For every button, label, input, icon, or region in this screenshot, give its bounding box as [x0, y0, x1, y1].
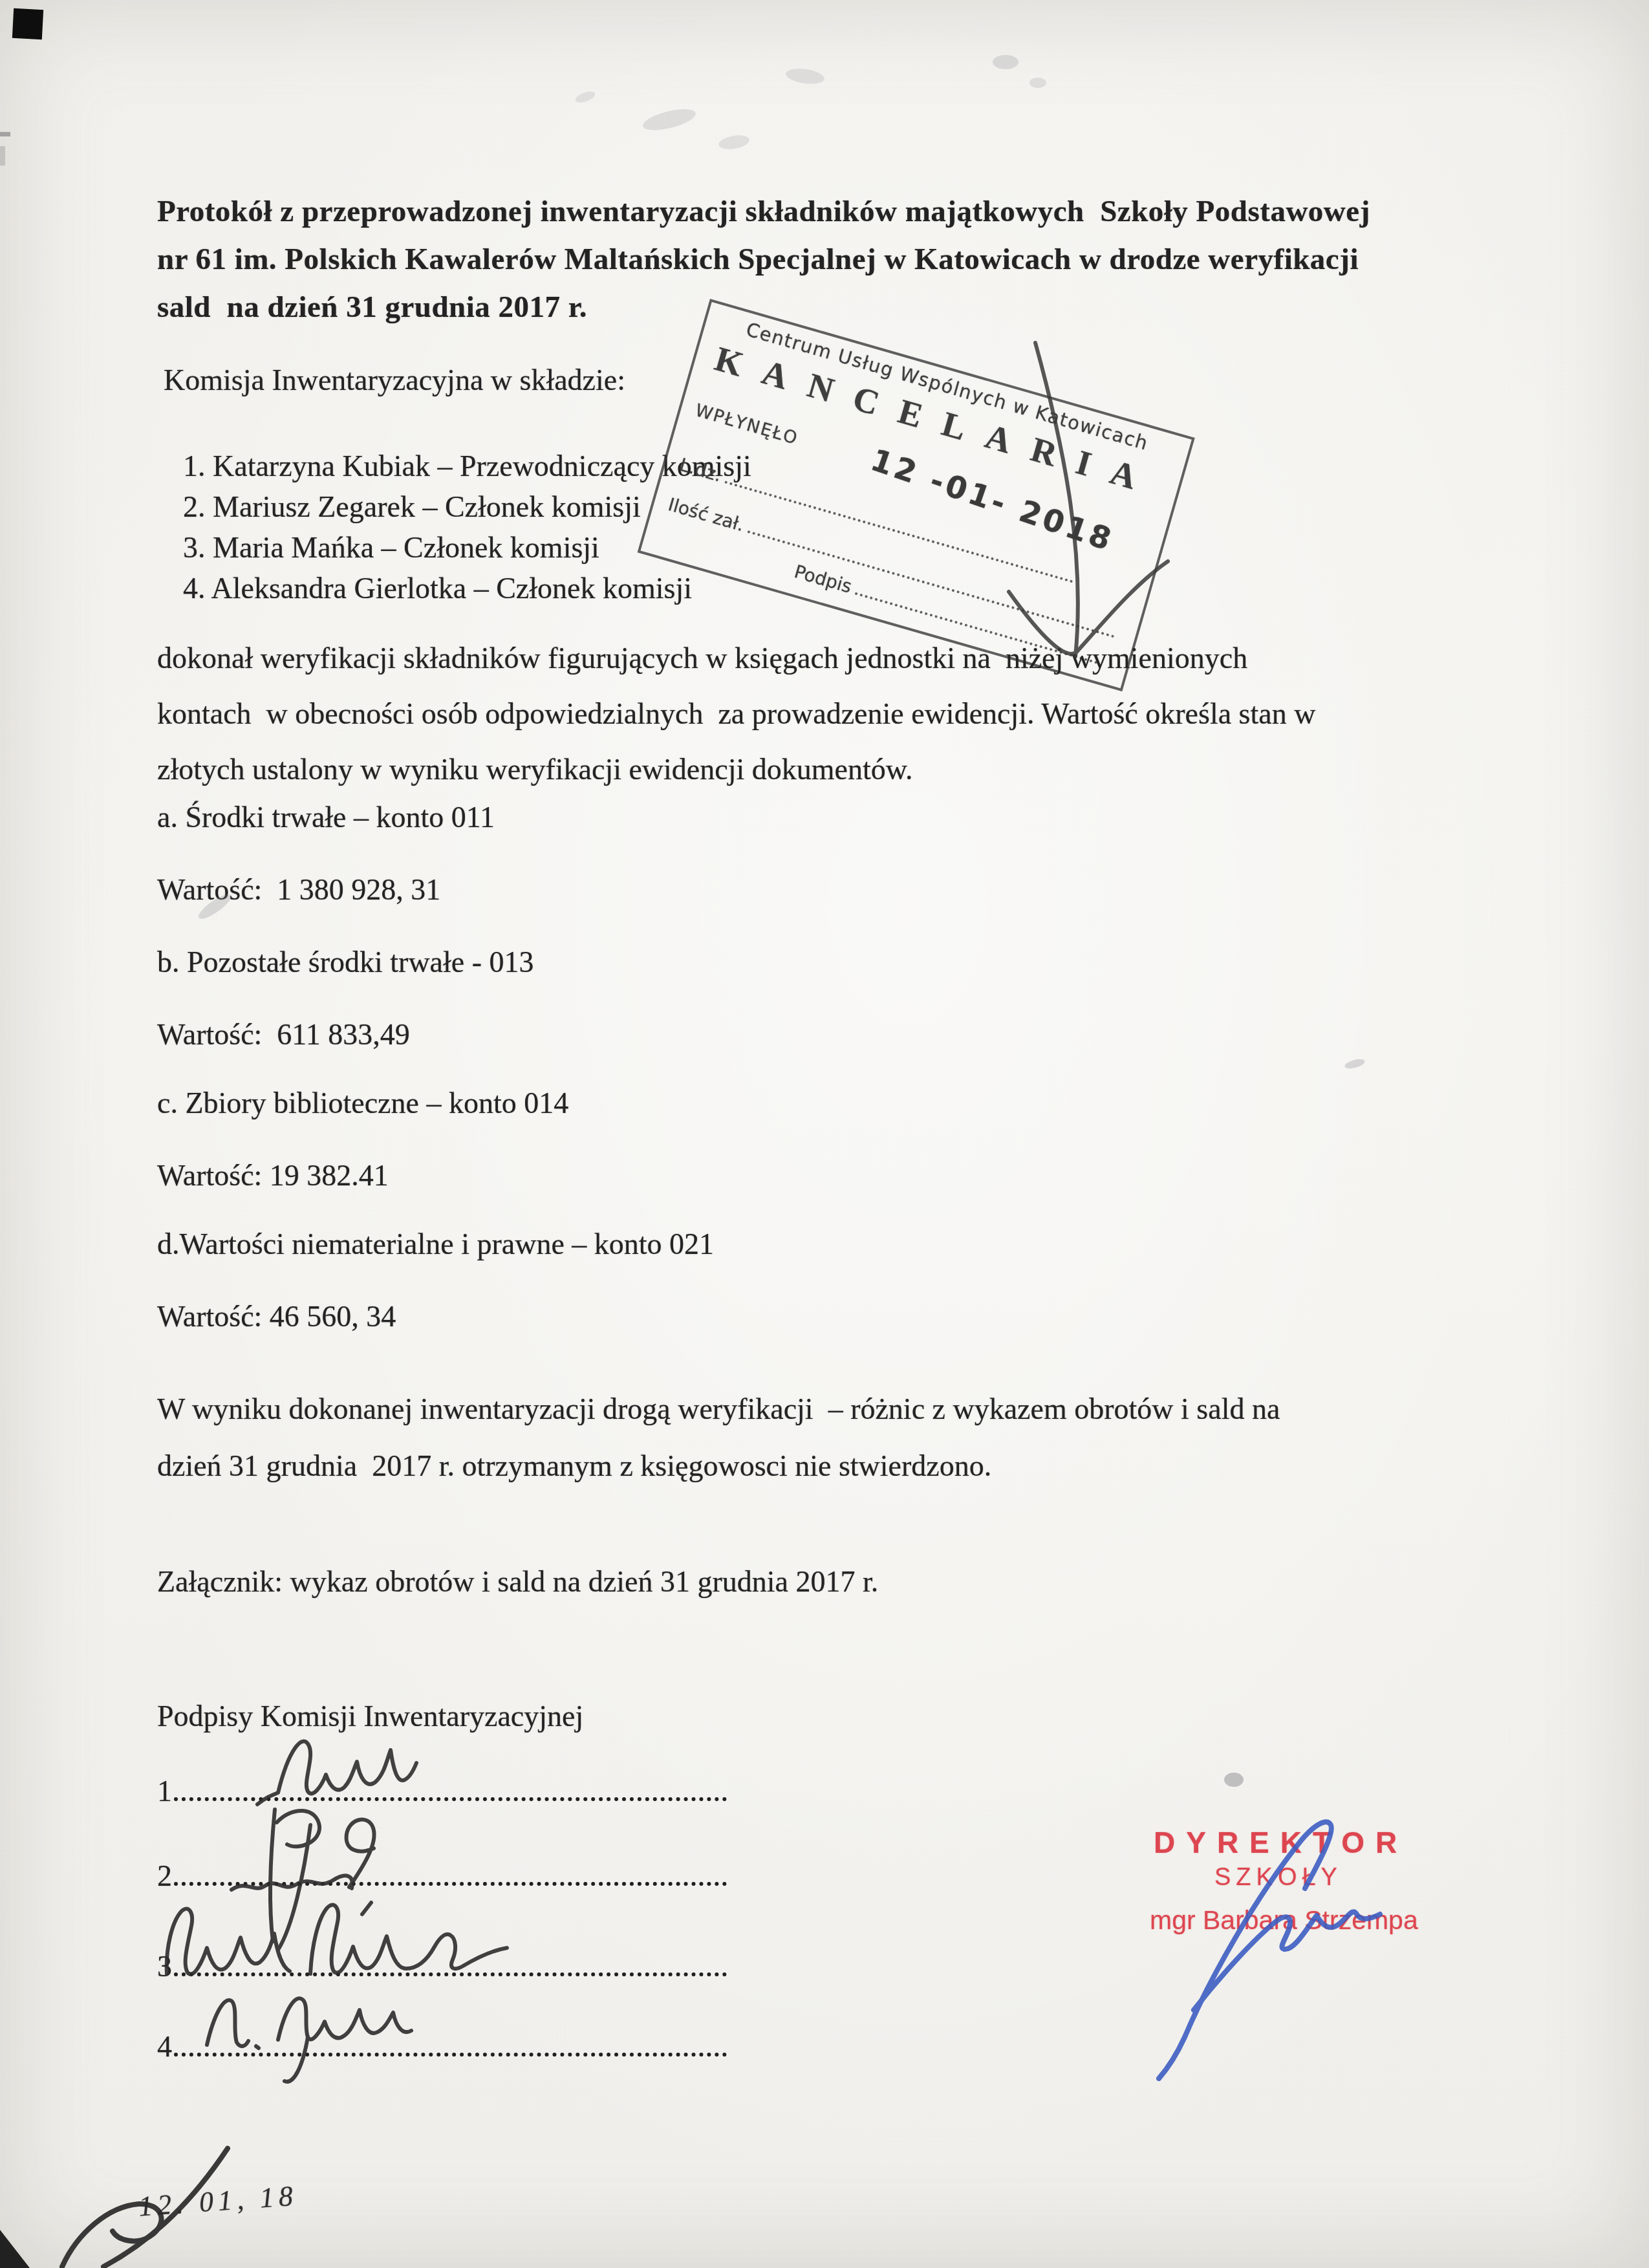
committee-member-2: 2. Mariusz Zegarek – Członek komisji: [183, 490, 641, 524]
body-paragraph-line-3: złotych ustalony w wyniku weryfikacji ew…: [157, 753, 912, 787]
body-paragraph-line-1: dokonał weryfikacji składników figurując…: [157, 642, 1247, 676]
document-title-line-3: sald na dzień 31 grudnia 2017 r.: [157, 290, 587, 325]
result-line-1: W wyniku dokonanej inwentaryzacji drogą …: [157, 1392, 1280, 1427]
director-stamp-line-2: SZKOŁY: [1214, 1864, 1342, 1892]
director-stamp: DYREKTOR SZKOŁY mgr Barbara Strzempa: [1150, 1825, 1434, 1954]
signatures-heading: Podpisy Komisji Inwentaryzacyjnej: [157, 1700, 583, 1734]
scan-artifact-left-edge-mark: [0, 146, 5, 166]
signature-number-2: 2: [157, 1859, 172, 1892]
signature-dotted-line-4: [174, 2024, 727, 2057]
attachment-line: Załącznik: wykaz obrotów i sald na dzień…: [157, 1565, 878, 1599]
item-c-value: Wartość: 19 382.41: [157, 1159, 389, 1193]
scan-artifact-top-left-square: [12, 8, 43, 39]
stamp-signature-label: Podpis: [792, 561, 855, 598]
item-d-label: d.Wartości niematerialne i prawne – kont…: [157, 1227, 714, 1262]
signature-dotted-line-2: [174, 1853, 727, 1886]
committee-member-3: 3. Maria Mańka – Członek komisji: [183, 531, 599, 565]
signature-row-3: 3: [157, 1944, 727, 1983]
signature-number-3: 3: [157, 1950, 172, 1983]
signature-dotted-line-1: [174, 1769, 727, 1801]
director-stamp-line-3: mgr Barbara Strzempa: [1150, 1905, 1418, 1936]
kancelaria-stamp: Centrum Usług Wspólnych w Katowicach KAN…: [638, 299, 1195, 691]
committee-member-4: 4. Aleksandra Gierlotka – Członek komisj…: [183, 572, 692, 606]
signature-row-1: 1: [157, 1769, 727, 1808]
scan-artifact-left-edge-tick: [0, 132, 10, 136]
document-title-line-1: Protokół z przeprowadzonej inwentaryzacj…: [157, 194, 1370, 229]
item-a-label: a. Środki trwałe – konto 011: [157, 801, 495, 835]
result-line-2: dzień 31 grudnia 2017 r. otrzymanym z ks…: [157, 1449, 991, 1484]
stamp-received-label: WPŁYNĘŁO: [693, 400, 801, 449]
signature-number-1: 1: [157, 1775, 172, 1808]
handwritten-date: 12. 01, 18: [138, 2179, 299, 2223]
signature-number-4: 4: [157, 2030, 172, 2063]
item-a-value: Wartość: 1 380 928, 31: [157, 873, 440, 907]
item-b-label: b. Pozostałe środki trwałe - 013: [157, 945, 534, 980]
signature-row-4: 4: [157, 2024, 727, 2064]
item-d-value: Wartość: 46 560, 34: [157, 1300, 396, 1334]
stamp-attachments-label: Ilość zał.: [666, 493, 747, 535]
scanned-document-page: Protokół z przeprowadzonej inwentaryzacj…: [0, 0, 1649, 2268]
signature-dotted-line-3: [174, 1944, 727, 1976]
signature-row-2: 2: [157, 1853, 727, 1893]
document-title-line-2: nr 61 im. Polskich Kawalerów Maltańskich…: [157, 242, 1359, 277]
body-paragraph-line-2: kontach w obecności osób odpowiedzialnyc…: [157, 697, 1315, 731]
item-b-value: Wartość: 611 833,49: [157, 1018, 410, 1052]
scan-artifact-bottom-left-corner: [0, 2230, 30, 2268]
director-stamp-line-1: DYREKTOR: [1154, 1825, 1408, 1860]
item-c-label: c. Zbiory biblioteczne – konto 014: [157, 1086, 568, 1121]
committee-heading: Komisja Inwentaryzacyjna w składzie:: [164, 363, 625, 398]
stamp-ldz-label: L.dz.: [677, 454, 724, 486]
